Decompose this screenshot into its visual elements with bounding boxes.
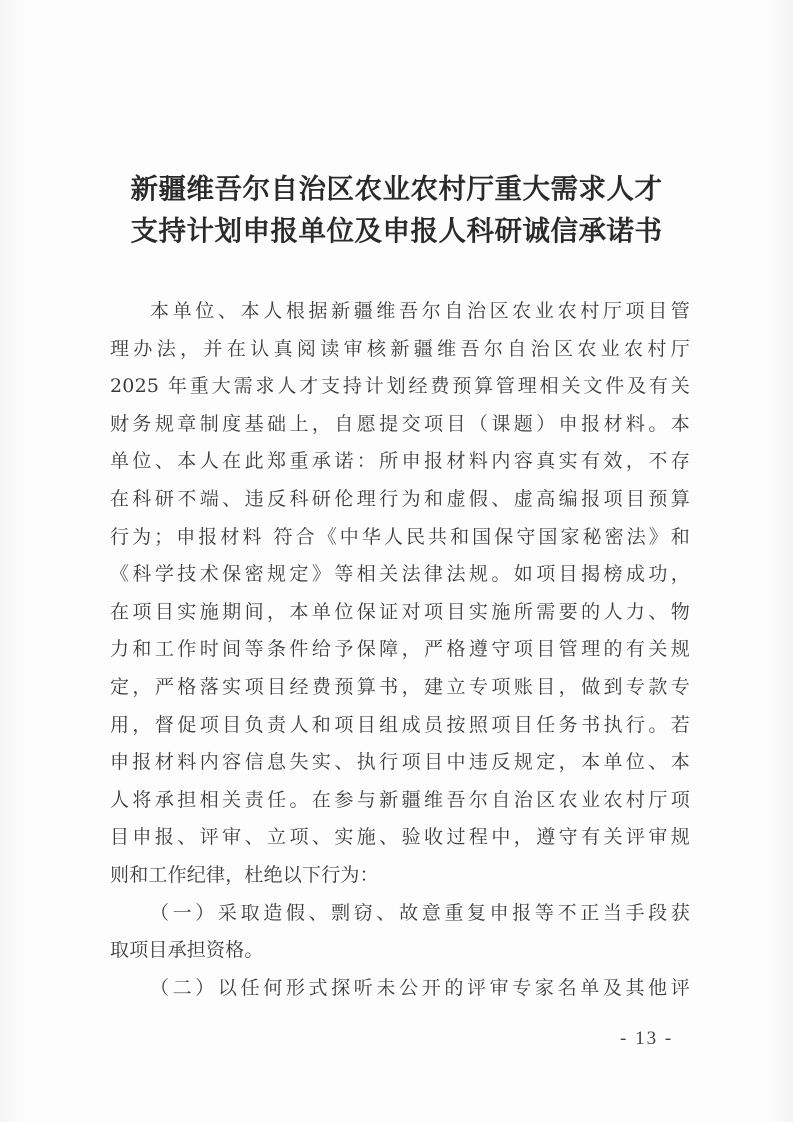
body-line: 行为；申报材料 符合《中华人民共和国保守国家秘密法》和 (110, 519, 690, 557)
document-page: 新疆维吾尔自治区农业农村厅重大需求人才 支持计划申报单位及申报人科研诚信承诺书 … (0, 0, 793, 1122)
body-line: 单位、本人在此郑重承诺：所申报材料内容真实有效，不存 (110, 443, 690, 481)
body-line: 人将承担相关责任。在参与新疆维吾尔自治区农业农村厅项 (110, 782, 690, 820)
title-line-1: 新疆维吾尔自治区农业农村厅重大需求人才 (0, 168, 793, 210)
list-item-1: （一）采取造假、剽窃、故意重复申报等不正当手段获 (110, 895, 690, 933)
page-number: - 13 - (620, 1028, 673, 1050)
document-title: 新疆维吾尔自治区农业农村厅重大需求人才 支持计划申报单位及申报人科研诚信承诺书 (0, 168, 793, 252)
document-body: 本单位、本人根据新疆维吾尔自治区农业农村厅项目管 理办法，并在认真阅读审核新疆维… (110, 293, 690, 1007)
body-line: 力和工作时间等条件给予保障，严格遵守项目管理的有关规 (110, 631, 690, 669)
body-line: 《科学技术保密规定》等相关法律法规。如项目揭榜成功， (110, 556, 690, 594)
body-line: 本单位、本人根据新疆维吾尔自治区农业农村厅项目管 (110, 293, 690, 331)
list-item-1-continued: 取项目承担资格。 (110, 932, 690, 970)
body-line: 财务规章制度基础上，自愿提交项目（课题）申报材料。本 (110, 406, 690, 444)
list-item-2: （二）以任何形式探听未公开的评审专家名单及其他评 (110, 970, 690, 1008)
title-line-2: 支持计划申报单位及申报人科研诚信承诺书 (0, 210, 793, 252)
body-line: 定，严格落实项目经费预算书，建立专项账目，做到专款专 (110, 669, 690, 707)
body-line: 目申报、评审、立项、实施、验收过程中，遵守有关评审规 (110, 819, 690, 857)
body-line: 申报材料内容信息失实、执行项目中违反规定，本单位、本 (110, 744, 690, 782)
body-line: 2025 年重大需求人才支持计划经费预算管理相关文件及有关 (110, 368, 690, 406)
body-line: 则和工作纪律，杜绝以下行为： (110, 857, 690, 895)
body-line: 在项目实施期间，本单位保证对项目实施所需要的人力、物 (110, 594, 690, 632)
body-line: 用，督促项目负责人和项目组成员按照项目任务书执行。若 (110, 707, 690, 745)
body-line: 在科研不端、违反科研伦理行为和虚假、虚高编报项目预算 (110, 481, 690, 519)
body-line: 理办法，并在认真阅读审核新疆维吾尔自治区农业农村厅 (110, 331, 690, 369)
